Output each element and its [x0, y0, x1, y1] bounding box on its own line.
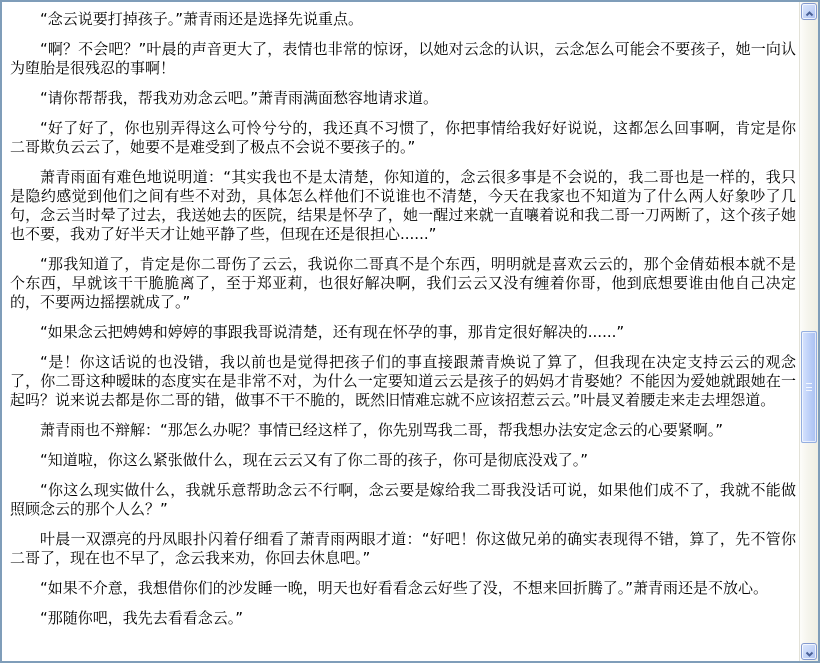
paragraph: “那随你吧，我先去看看念云。”: [10, 609, 796, 628]
paragraph: “如果念云把娉娉和婷婷的事跟我哥说清楚，还有现在怀孕的事，那肯定很好解决的...…: [10, 323, 796, 342]
scroll-down-button[interactable]: [801, 643, 817, 660]
paragraph: “知道啦，你这么紧张做什么，现在云云又有了你二哥的孩子，你可是彻底没戏了。”: [10, 451, 796, 470]
vertical-scrollbar[interactable]: [799, 2, 818, 661]
text-viewer-window: “念云说要打掉孩子。”萧青雨还是选择先说重点。“啊？不会吧？”叶晨的声音更大了，…: [0, 0, 820, 663]
paragraph: “你这么现实做什么，我就乐意帮助念云不行啊，念云要是嫁给我二哥我没话可说，如果他…: [10, 481, 796, 519]
paragraph: “念云说要打掉孩子。”萧青雨还是选择先说重点。: [10, 10, 796, 29]
chevron-up-icon: [805, 2, 814, 21]
paragraph: “是！你这话说的也没错，我以前也是觉得把孩子们的事直接跟萧青焕说了算了，但我现在…: [10, 353, 796, 410]
paragraph: “那我知道了，肯定是你二哥伤了云云，我说你二哥真不是个东西，明明就是喜欢云云的，…: [10, 255, 796, 312]
paragraph: “啊？不会吧？”叶晨的声音更大了，表情也非常的惊讶，以她对云念的认识，云念怎么可…: [10, 40, 796, 78]
paragraph: 萧青雨也不辩解：“那怎么办呢？事情已经这样了，你先别骂我二哥，帮我想办法安定念云…: [10, 421, 796, 440]
paragraph: 叶晨一双漂亮的丹凤眼扑闪着仔细看了萧青雨两眼才道：“好吧！你这做兄弟的确实表现得…: [10, 530, 796, 568]
paragraph: “请你帮帮我，帮我劝劝念云吧。”萧青雨满面愁容地请求道。: [10, 89, 796, 108]
paragraph: “好了好了，你也别弄得这么可怜兮兮的，我还真不习惯了，你把事情给我好好说说，这都…: [10, 119, 796, 157]
scroll-up-button[interactable]: [801, 3, 817, 20]
paragraph: 萧青雨面有难色地说明道：“其实我也不是太清楚，你知道的，念云很多事是不会说的，我…: [10, 168, 796, 244]
scrollbar-thumb[interactable]: [801, 331, 817, 443]
novel-text-area[interactable]: “念云说要打掉孩子。”萧青雨还是选择先说重点。“啊？不会吧？”叶晨的声音更大了，…: [2, 2, 799, 661]
chevron-down-icon: [805, 642, 814, 661]
paragraph: “如果不介意，我想借你们的沙发睡一晚，明天也好看看念云好些了没，不想来回折腾了。…: [10, 579, 796, 598]
scrollbar-grip-icon: [806, 383, 812, 391]
